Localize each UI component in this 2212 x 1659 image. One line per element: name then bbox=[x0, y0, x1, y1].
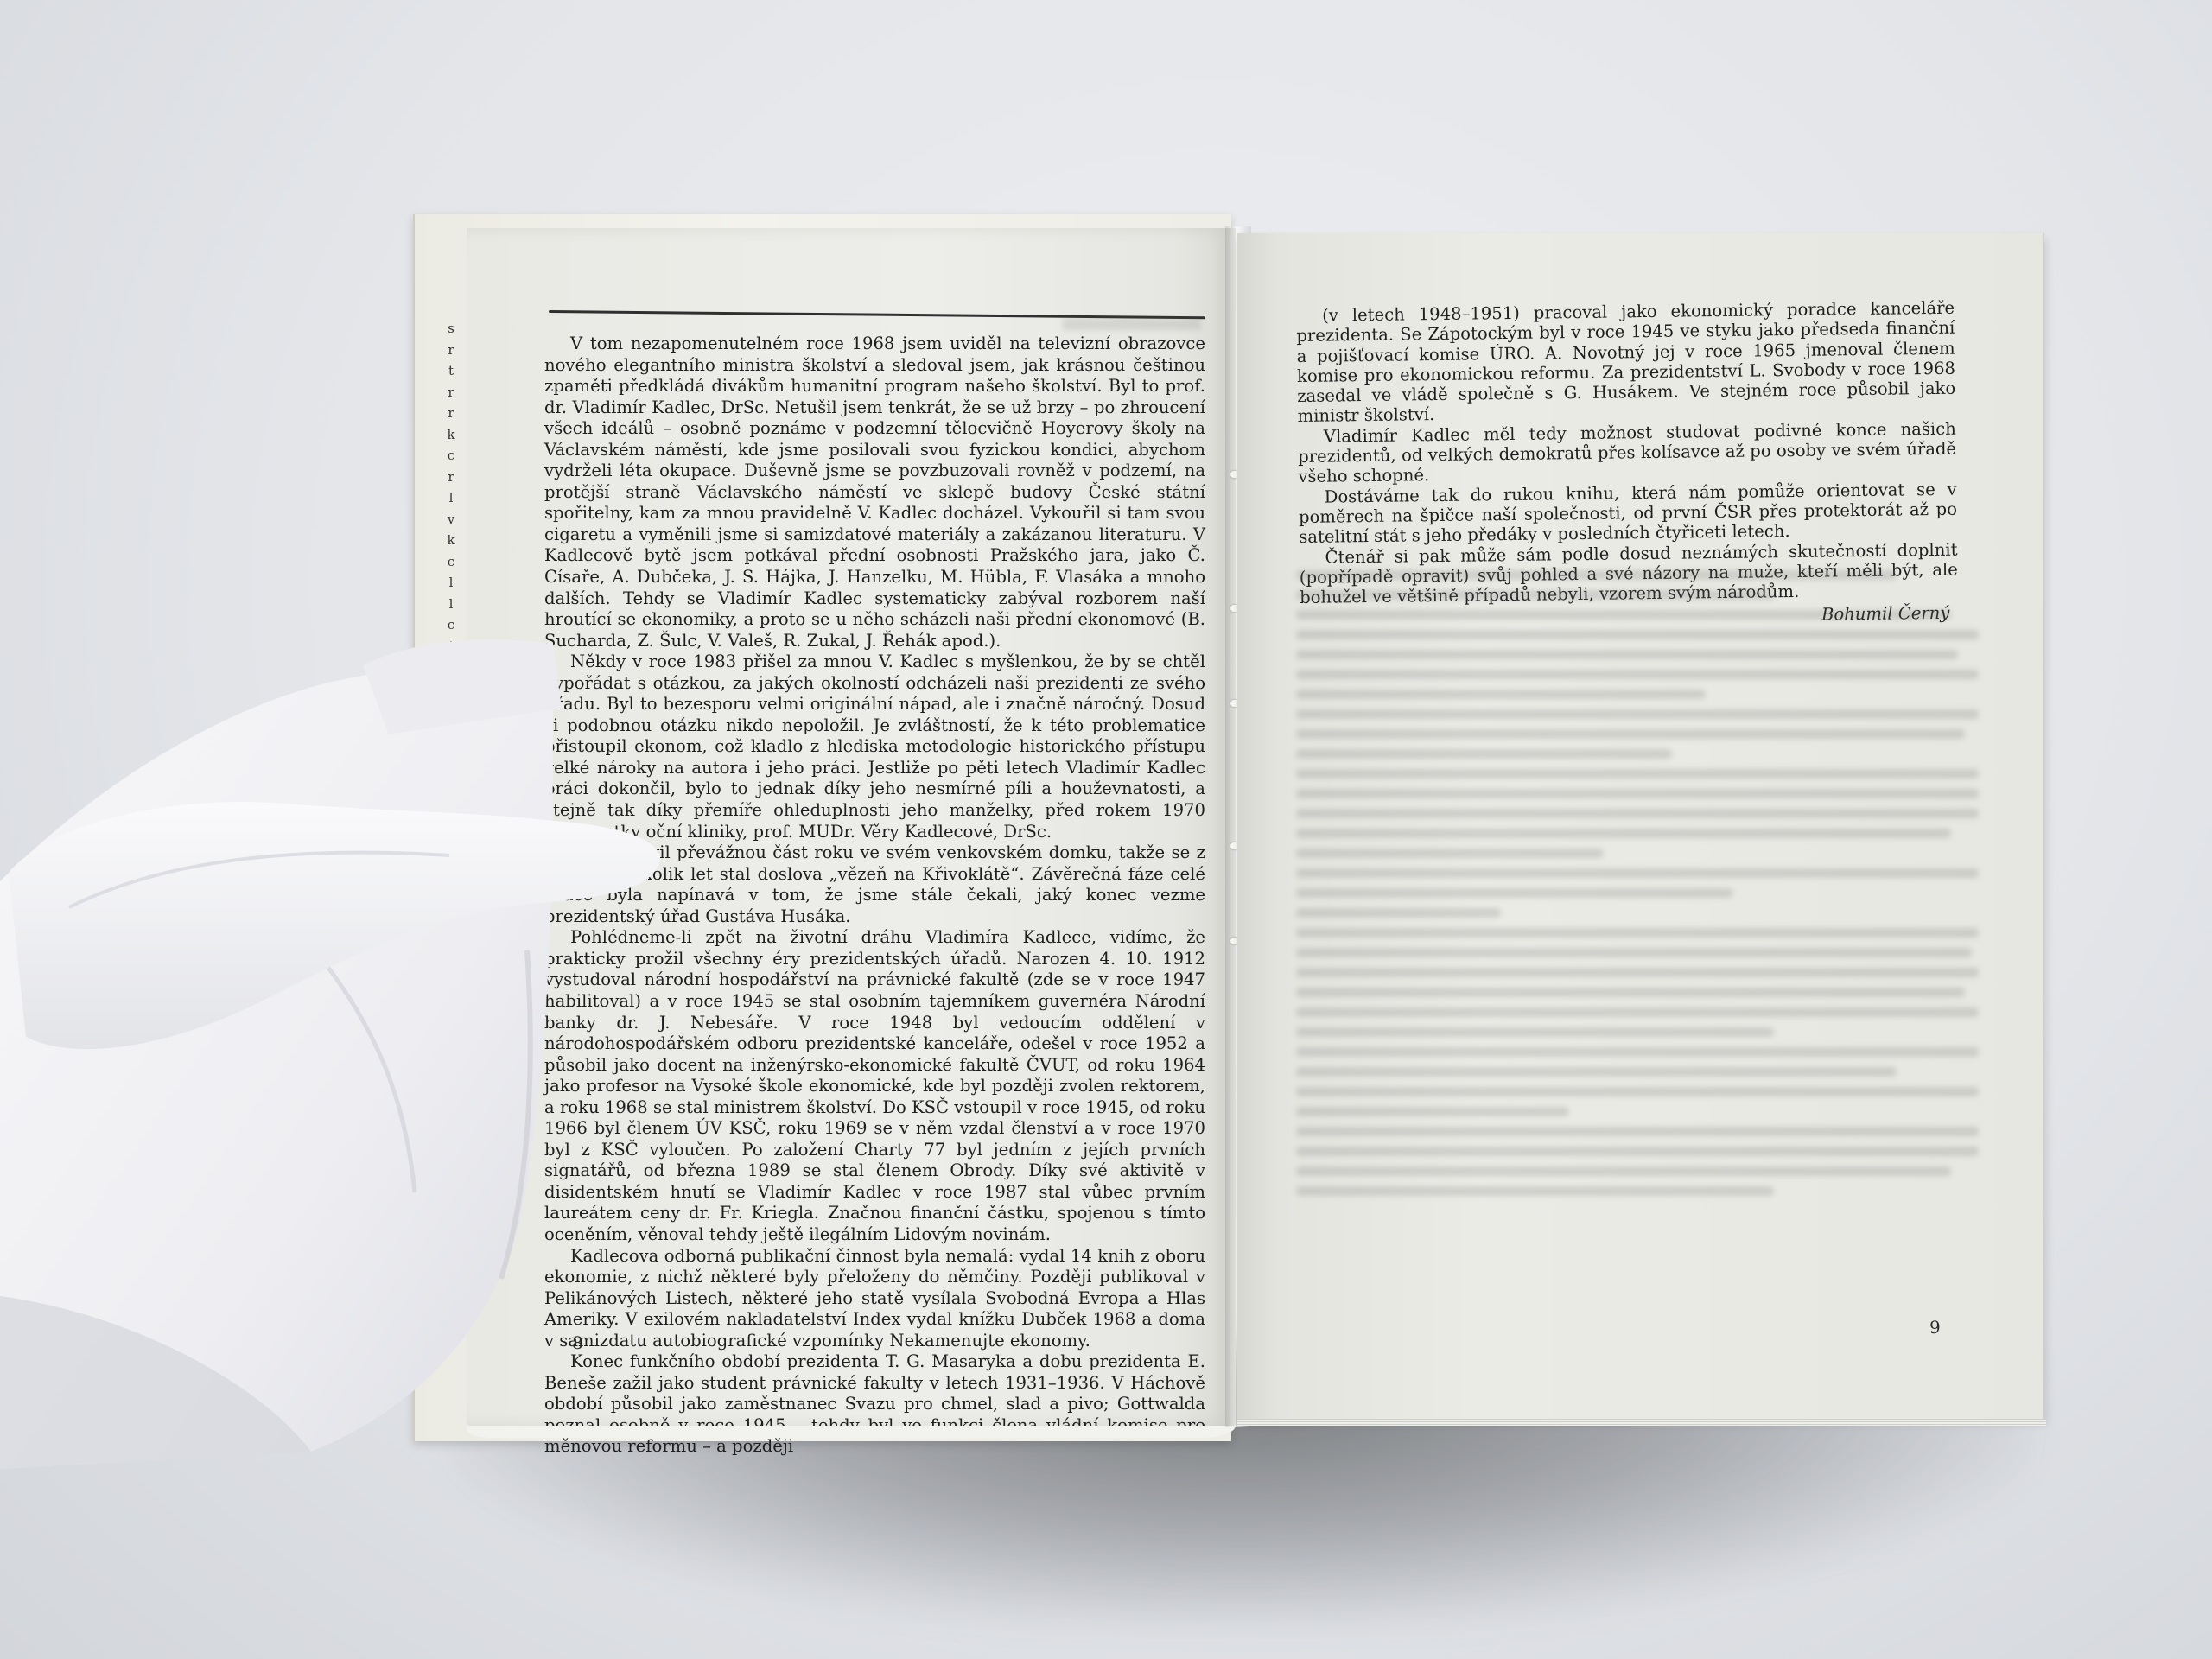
edge-letter: r bbox=[430, 382, 472, 404]
bleed-line bbox=[1296, 1087, 1979, 1096]
edge-letter bbox=[430, 784, 472, 805]
edge-letter: c bbox=[430, 445, 472, 467]
paragraph: V tom nezapomenutelném roce 1968 jsem uv… bbox=[544, 334, 1205, 652]
bleed-line bbox=[1296, 769, 1979, 779]
paragraph: (v letech 1948–1951) pracoval jako ekono… bbox=[1296, 298, 1956, 427]
bleed-line bbox=[1296, 1107, 1569, 1116]
edge-letter: c bbox=[430, 614, 472, 636]
edge-letter: r bbox=[430, 721, 472, 742]
bleed-line bbox=[1296, 610, 1951, 620]
bleed-line bbox=[1296, 1166, 1951, 1176]
right-page: (v letech 1948–1951) pracoval jako ekono… bbox=[1237, 233, 2044, 1419]
edge-letter: r bbox=[430, 403, 472, 424]
edge-letter: l bbox=[430, 487, 472, 509]
bleed-line bbox=[1296, 729, 1965, 739]
previous-page-edge-text: srtrrkcrlvkcllcjIrrrar čk bbox=[430, 318, 472, 1329]
bleed-line bbox=[1296, 630, 1979, 639]
edge-letter: k bbox=[430, 826, 472, 848]
bleed-line bbox=[1296, 908, 1501, 918]
edge-letter: I bbox=[430, 657, 472, 678]
bleed-line bbox=[1296, 1007, 1979, 1017]
photo-scene: srtrrkcrlvkcllcjIrrrar čk V tom nezapome… bbox=[0, 0, 2212, 1659]
edge-letter: v bbox=[430, 509, 472, 531]
left-page-body: V tom nezapomenutelném roce 1968 jsem uv… bbox=[544, 334, 1205, 1458]
edge-letter: k bbox=[430, 530, 472, 551]
bleed-line bbox=[1296, 829, 1951, 838]
page-number-left: 8 bbox=[572, 1332, 583, 1353]
bleed-line bbox=[1296, 1027, 1774, 1037]
bleed-line bbox=[1296, 590, 1774, 600]
bleed-line bbox=[1296, 570, 1897, 580]
edge-letter: j bbox=[430, 636, 472, 658]
edge-letter: r bbox=[430, 340, 472, 361]
bleed-line bbox=[1296, 749, 1672, 759]
edge-letter: s bbox=[430, 318, 472, 340]
edge-letter: c bbox=[430, 551, 472, 573]
bleed-line bbox=[1296, 928, 1979, 938]
bleed-line bbox=[1296, 849, 1604, 858]
edge-letter: r bbox=[430, 678, 472, 700]
edge-letter: l bbox=[430, 572, 472, 594]
bleed-line bbox=[1296, 809, 1979, 818]
edge-letter: a bbox=[430, 741, 472, 763]
bleed-line bbox=[1296, 709, 1979, 719]
bleed-line bbox=[1296, 888, 1733, 898]
bleed-line bbox=[1296, 1147, 1979, 1156]
show-through-text bbox=[1296, 570, 1979, 1322]
bleed-line bbox=[1296, 868, 1979, 878]
paragraph: Vladimír Kadlec měl tedy možnost studova… bbox=[1298, 418, 1957, 486]
page-number-right: 9 bbox=[1929, 1317, 1941, 1338]
paragraph: Pohlédneme-li zpět na životní dráhu Vlad… bbox=[544, 927, 1205, 1245]
bleed-line bbox=[1296, 988, 1965, 997]
left-page: V tom nezapomenutelném roce 1968 jsem uv… bbox=[467, 228, 1236, 1426]
paragraph: Kadlecova odborná publikační činnost byl… bbox=[544, 1246, 1205, 1352]
bleed-line bbox=[1296, 670, 1979, 679]
edge-letter: r bbox=[430, 763, 472, 785]
edge-letter: r bbox=[430, 467, 472, 488]
paragraph: Dostáváme tak do rukou knihu, která nám … bbox=[1299, 479, 1958, 547]
paragraph: Někdy v roce 1983 přišel za mnou V. Kadl… bbox=[544, 652, 1205, 842]
bleed-line bbox=[1296, 690, 1706, 699]
bleed-line bbox=[1296, 1067, 1897, 1077]
edge-letter: l bbox=[430, 594, 472, 615]
edge-letter: r bbox=[430, 699, 472, 721]
bleed-line bbox=[1296, 650, 1958, 659]
page-block-edge bbox=[1237, 1419, 2046, 1426]
bleed-line bbox=[1296, 789, 1979, 798]
paragraph: Konec funkčního období prezidenta T. G. … bbox=[544, 1351, 1205, 1458]
edge-letter: k bbox=[430, 424, 472, 446]
running-head-bleed bbox=[1063, 318, 1201, 330]
edge-letter: t bbox=[430, 360, 472, 382]
edge-letter: č bbox=[430, 805, 472, 827]
bleed-line bbox=[1296, 1186, 1774, 1196]
bleed-line bbox=[1296, 948, 1972, 957]
bleed-line bbox=[1296, 968, 1979, 977]
bleed-line bbox=[1296, 1127, 1979, 1136]
bleed-line bbox=[1296, 1047, 1979, 1057]
paragraph: Autor trávil převážnou část roku ve svém… bbox=[544, 842, 1205, 927]
